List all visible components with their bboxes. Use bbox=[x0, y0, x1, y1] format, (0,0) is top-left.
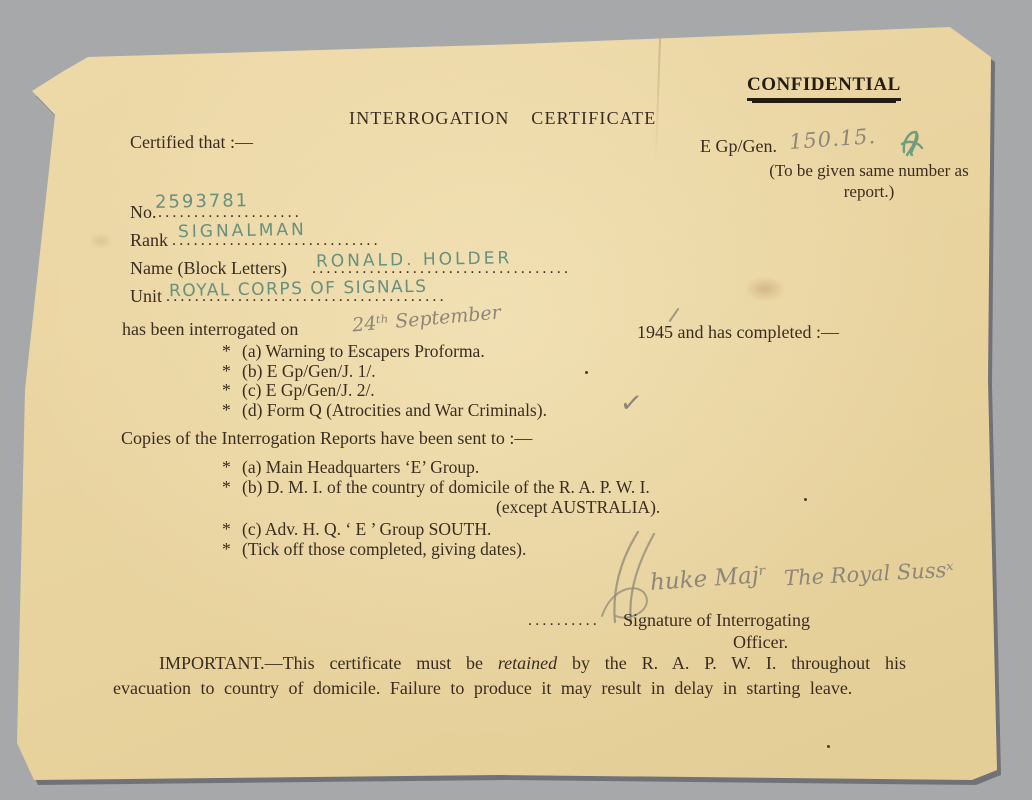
field-label-rank: Rank bbox=[130, 230, 168, 251]
important-paragraph: IMPORTANT.—This certificate must be reta… bbox=[113, 651, 906, 700]
signature-caption-line1: Signature of Interrogating bbox=[623, 610, 810, 631]
green-scribble-mark bbox=[898, 126, 926, 158]
year-and-completed: 1945 and has completed :— bbox=[637, 322, 839, 343]
field-label-unit: Unit bbox=[130, 286, 162, 307]
field-label-no: No. bbox=[130, 202, 157, 223]
ink-speck bbox=[827, 745, 830, 748]
retained-italic: retained bbox=[498, 653, 557, 673]
interrogated-prefix: has been interrogated on bbox=[122, 319, 298, 340]
signature-caption-line2: Officer. bbox=[733, 632, 788, 653]
sent-item-b: (b) D. M. I. of the country of domicile … bbox=[242, 477, 650, 497]
document-title: INTERROGATION CERTIFICATE bbox=[349, 108, 656, 129]
pencil-tick-mark: ✓ bbox=[618, 387, 644, 420]
reference-note: (To be given same number as report.) bbox=[740, 160, 998, 202]
completed-item-a: (a) Warning to Escapers Proforma. bbox=[242, 341, 485, 361]
copies-heading: Copies of the Interrogation Reports have… bbox=[121, 428, 532, 449]
completed-item-d: (d) Form Q (Atrocities and War Criminals… bbox=[242, 400, 547, 420]
certificate-paper: CONFIDENTIAL INTERROGATION CERTIFICATE C… bbox=[0, 0, 1032, 800]
confidential-stamp: CONFIDENTIAL bbox=[747, 74, 901, 101]
certified-that-label: Certified that :— bbox=[130, 132, 253, 153]
paper-crease bbox=[655, 32, 662, 162]
field-value-no: 2593781 bbox=[155, 190, 250, 213]
asterisk: * bbox=[222, 539, 242, 560]
asterisk: * bbox=[222, 400, 242, 421]
asterisk: * bbox=[222, 341, 242, 362]
asterisk: * bbox=[222, 457, 242, 478]
asterisk: * bbox=[222, 361, 242, 382]
signature-regiment-handwriting: The Royal Sussˣ bbox=[783, 558, 954, 591]
asterisk: * bbox=[222, 477, 242, 498]
paper-stain bbox=[744, 276, 786, 302]
asterisk: * bbox=[222, 519, 242, 540]
reference-label: E Gp/Gen. bbox=[700, 136, 777, 157]
ink-speck bbox=[804, 498, 807, 501]
pencil-slash bbox=[669, 308, 680, 322]
signature-dotted-line: .......... bbox=[528, 612, 600, 630]
folded-corner bbox=[938, 24, 994, 68]
completed-item-b: (b) E Gp/Gen/J. 1/. bbox=[242, 361, 376, 381]
sent-item-b-continued: (except AUSTRALIA). bbox=[496, 497, 660, 518]
date-handwriting: 24ᵗʰ September bbox=[351, 302, 501, 337]
field-value-rank: SIGNALMAN bbox=[178, 220, 307, 242]
sent-item-a: (a) Main Headquarters ‘E’ Group. bbox=[242, 457, 479, 477]
reference-number-handwriting: 150.15. bbox=[788, 124, 877, 154]
paper-stain bbox=[88, 232, 114, 250]
field-value-name: RONALD. HOLDER bbox=[316, 248, 513, 271]
ink-speck bbox=[585, 371, 588, 374]
sent-item-tickoff: (Tick off those completed, giving dates)… bbox=[242, 539, 526, 559]
field-label-name: Name (Block Letters) bbox=[130, 258, 287, 279]
asterisk: * bbox=[222, 380, 242, 401]
scanned-document-page: CONFIDENTIAL INTERROGATION CERTIFICATE C… bbox=[0, 0, 1032, 800]
completed-item-c: (c) E Gp/Gen/J. 2/. bbox=[242, 380, 375, 400]
sent-item-c: (c) Adv. H. Q. ‘ E ’ Group SOUTH. bbox=[242, 519, 491, 539]
